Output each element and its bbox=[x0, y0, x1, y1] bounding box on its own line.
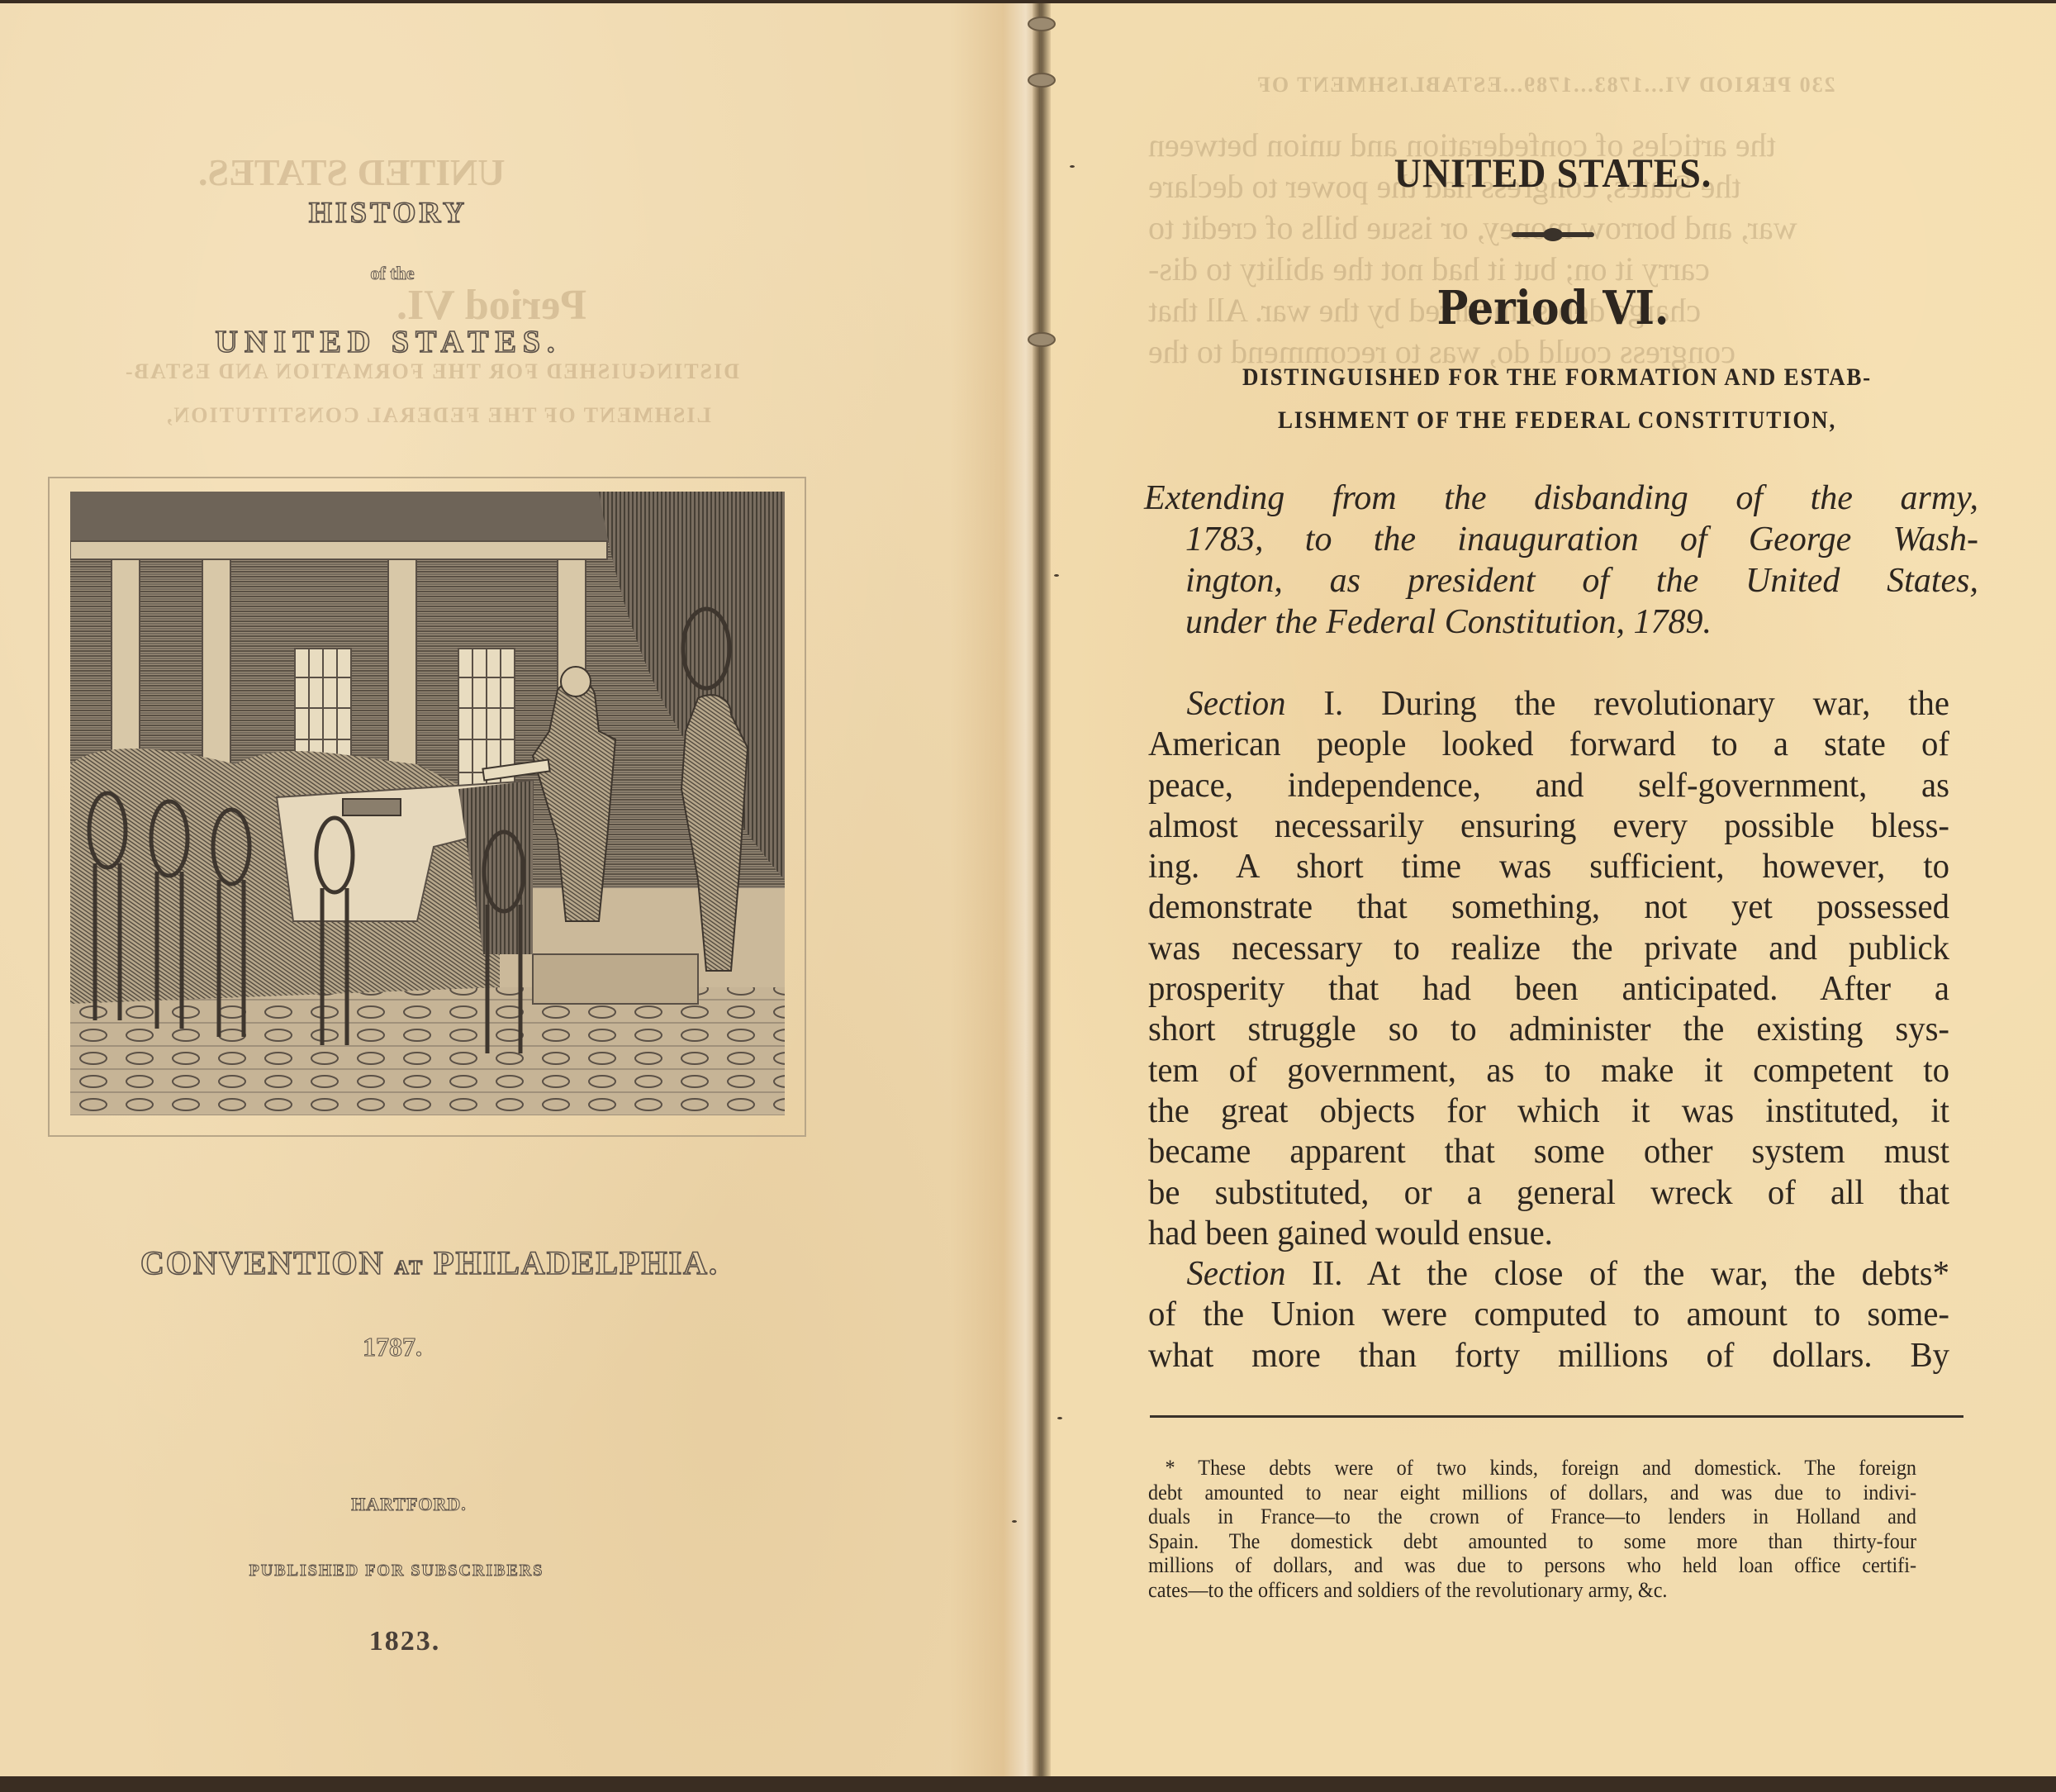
section-2-first-line: Section II. At the close of the war, the… bbox=[1148, 1254, 1949, 1295]
body-line: peace, independence, and self-government… bbox=[1148, 766, 1949, 806]
bleed-through-running-head: 230 PERIOD VI...1783...1789...ESTABLISHM… bbox=[1256, 73, 1835, 97]
body-line: ing. A short time was sufficient, howeve… bbox=[1148, 847, 1949, 887]
footnote-line: cates—to the officers and soldiers of th… bbox=[1148, 1578, 1916, 1603]
binding-stitch-icon bbox=[1028, 73, 1056, 88]
body-text: Section I. During the revolutionary war,… bbox=[1148, 684, 1974, 1376]
paper-speck bbox=[1070, 165, 1075, 168]
body-line: short struggle so to administer the exis… bbox=[1148, 1010, 1949, 1050]
paper-speck bbox=[1012, 1520, 1017, 1523]
section-number: II. bbox=[1312, 1255, 1342, 1293]
section-number: I. bbox=[1323, 685, 1343, 723]
body-line: what more than forty millions of dollars… bbox=[1148, 1336, 1949, 1376]
scan-top-edge bbox=[0, 0, 2056, 3]
body-line: demonstrate that something, not yet poss… bbox=[1148, 887, 1949, 928]
frontispiece-title-history: HISTORY bbox=[281, 195, 496, 230]
paper-speck bbox=[1054, 574, 1059, 577]
extent-line: 1783, to the inauguration of George Wash… bbox=[1144, 519, 1978, 560]
body-line: had been gained would ensue. bbox=[1148, 1214, 1949, 1254]
footnote-line: duals in France—to the crown of France—t… bbox=[1148, 1504, 1916, 1529]
binding-stitch-icon bbox=[1028, 332, 1056, 347]
imprint-place: HARTFORD. bbox=[314, 1494, 504, 1515]
footnote-divider bbox=[1150, 1415, 1963, 1418]
footnote-line: Spain. The domestick debt amounted to so… bbox=[1148, 1529, 1916, 1554]
period-heading: Period VI. bbox=[1434, 281, 1672, 335]
caption-philadelphia: PHILADELPHIA. bbox=[434, 1244, 719, 1281]
body-line: of the Union were computed to amount to … bbox=[1148, 1295, 1949, 1335]
book-gutter bbox=[1033, 0, 1051, 1776]
body-line: At the close of the war, the debts* bbox=[1367, 1255, 1949, 1293]
period-extent: Extending from the disbanding of the arm… bbox=[1144, 478, 1978, 643]
scan-bottom-edge bbox=[0, 1776, 2056, 1792]
water-stain bbox=[950, 0, 1039, 1776]
footnote-line: debt amounted to near eight millions of … bbox=[1148, 1481, 1916, 1505]
frontispiece-title-of-the: of the bbox=[330, 263, 454, 284]
caption-at: AT bbox=[395, 1257, 425, 1279]
frontispiece-title-united-states: UNITED STATES. bbox=[182, 324, 595, 360]
imprint-year: 1823. bbox=[347, 1626, 463, 1657]
bleed-through-text: LISHMENT OF THE FEDERAL CONSTITUTION, bbox=[165, 403, 711, 428]
bleed-through-text: DISTINGUISHED FOR THE FORMATION AND ESTA… bbox=[124, 359, 739, 384]
left-page-frontispiece: UNITED STATES. Period VI. DISTINGUISHED … bbox=[0, 0, 1040, 1776]
body-line: almost necessarily ensuring every possib… bbox=[1148, 806, 1949, 847]
extent-line: ington, as president of the United State… bbox=[1144, 560, 1978, 601]
section-1-first-line: Section I. During the revolutionary war,… bbox=[1148, 684, 1949, 725]
bleed-through-text: UNITED STATES. bbox=[198, 150, 506, 194]
footnote-line: millions of dollars, and was due to pers… bbox=[1148, 1553, 1916, 1578]
binding-stitch-icon bbox=[1028, 17, 1056, 31]
engraving-illustration-icon bbox=[70, 492, 785, 1115]
bleed-through-text: war, and borrow money, or issue bills of… bbox=[1148, 208, 1797, 247]
engraving-caption: CONVENTION AT PHILADELPHIA. bbox=[99, 1243, 760, 1282]
period-subtitle-line-2: LISHMENT OF THE FEDERAL CONSTITUTION, bbox=[1185, 406, 1929, 435]
section-label: Section bbox=[1187, 685, 1286, 723]
caption-convention: CONVENTION bbox=[140, 1244, 385, 1281]
footnote-line: * These debts were of two kinds, foreign… bbox=[1148, 1456, 1916, 1481]
extent-line: Extending from the disbanding of the arm… bbox=[1144, 478, 1978, 519]
body-line: be substituted, or a general wreck of al… bbox=[1148, 1173, 1949, 1214]
body-line: American people looked forward to a stat… bbox=[1148, 725, 1949, 765]
imprint-publisher: PUBLISHED FOR SUBSCRIBERS bbox=[182, 1561, 611, 1580]
engraving-caption-year: 1787. bbox=[330, 1332, 454, 1362]
ornamental-divider-icon bbox=[1512, 232, 1594, 237]
bleed-through-text: Period VI. bbox=[396, 281, 586, 330]
body-line: tem of government, as to make it compete… bbox=[1148, 1051, 1949, 1091]
book-spread: UNITED STATES. Period VI. DISTINGUISHED … bbox=[0, 0, 2056, 1776]
body-line: became apparent that some other system m… bbox=[1148, 1132, 1949, 1172]
body-line: the great objects for which it was insti… bbox=[1148, 1091, 1949, 1132]
section-label: Section bbox=[1187, 1255, 1286, 1293]
paper-speck bbox=[1057, 1417, 1062, 1419]
body-line: was necessary to realize the private and… bbox=[1148, 929, 1949, 969]
extent-line: under the Federal Constitution, 1789. bbox=[1144, 601, 1978, 643]
body-line: During the revolutionary war, the bbox=[1381, 685, 1949, 723]
footnote: * These debts were of two kinds, foreign… bbox=[1148, 1456, 1974, 1602]
period-subtitle-line-1: DISTINGUISHED FOR THE FORMATION AND ESTA… bbox=[1185, 364, 1929, 392]
page-heading: UNITED STATES. bbox=[1356, 149, 1750, 197]
body-line: prosperity that had been anticipated. Af… bbox=[1148, 969, 1949, 1010]
engraving-convention-scene bbox=[70, 492, 785, 1115]
